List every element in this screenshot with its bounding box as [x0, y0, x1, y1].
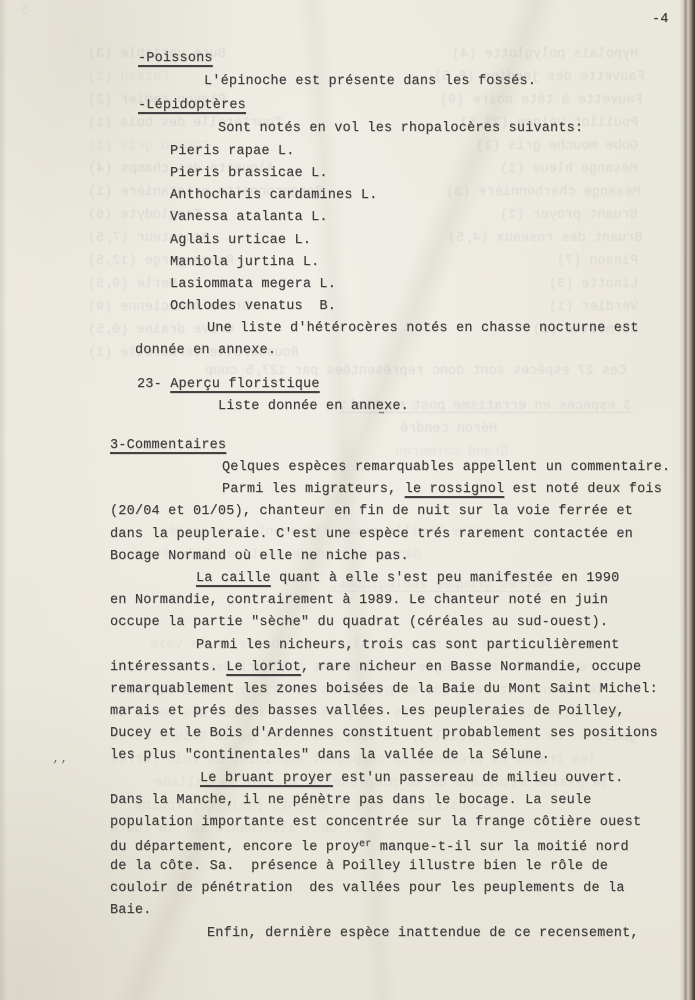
- text-segment: Une liste d'hétérocères notés en chasse …: [207, 321, 639, 336]
- bleedthrough-line: Hypolaïs polyglotte (4): [452, 46, 638, 63]
- text-segment: est noté deux fois: [504, 482, 662, 497]
- margin-mark: ˜: [377, 410, 386, 427]
- document-line: L'épinoche est présente dans les fossés.: [204, 73, 536, 90]
- bleedthrough-line: Verdier (1): [549, 299, 638, 316]
- document-line: Pieris rapae L.: [170, 143, 295, 160]
- text-segment: marais et prés des basses vallées. Les p…: [110, 704, 625, 719]
- document-line: Dans la Manche, il ne pénètre pas dans l…: [110, 792, 591, 809]
- page-left-edge-shadow: [0, 0, 7, 1000]
- document-line: dans la peupleraie. C'est une espèce tré…: [110, 526, 633, 543]
- document-line: Parmi les migrateurs, le rossignol est n…: [222, 481, 662, 498]
- document-line: remarquablement les zones boisées de la …: [110, 681, 658, 698]
- text-segment: (20/04 et 01/05), chanteur en fin de nui…: [110, 504, 633, 519]
- text-segment: Aperçu floristique: [170, 377, 319, 392]
- document-line: Une liste d'hétérocères notés en chasse …: [207, 320, 639, 337]
- document-line: Pieris brassicae L.: [170, 165, 328, 182]
- document-line: Baie.: [110, 902, 152, 919]
- document-line: Parmi les nicheurs, trois cas sont parti…: [196, 637, 619, 654]
- text-segment: population importante est concentrée sur…: [110, 815, 641, 830]
- document-line: de la côte. Sa. présence à Poilley illus…: [110, 858, 608, 875]
- page-right-edge-shadow: [679, 0, 695, 1000]
- text-segment: Ducey et le Bois d'Ardennes constituent …: [110, 726, 658, 741]
- document-line: Enfin, dernière espèce inattendue de ce …: [207, 925, 639, 942]
- document-line: Qelques espèces remarquables appellent u…: [222, 459, 670, 476]
- document-line: marais et prés des basses vallées. Les p…: [110, 703, 625, 720]
- text-segment: couloir de pénétration des vallées pour …: [110, 881, 625, 896]
- text-segment: quant à elle s'est peu manifestée en 199…: [271, 571, 620, 586]
- scanned-page: -5-Buse variable (3)Faisan (2)Pigeon ram…: [0, 0, 695, 1000]
- text-segment: Parmi les migrateurs,: [222, 482, 405, 497]
- text-segment: -Lépidoptères: [138, 98, 246, 113]
- document-line: les plus "continentales" dans la vallée …: [110, 747, 550, 764]
- bleedthrough-line: Héron cendré: [400, 421, 497, 438]
- document-line: occupe la partie "sèche" du quadrat (cér…: [110, 614, 608, 631]
- document-line: (20/04 et 01/05), chanteur en fin de nui…: [110, 503, 633, 520]
- text-segment: le rossignol: [405, 482, 505, 497]
- bleedthrough-line: Mésange bleue (1): [500, 161, 638, 178]
- bleedthrough-line: Bruant proyer (2): [500, 207, 638, 224]
- document-line: Lasiommata megera L.: [170, 276, 336, 293]
- document-line: 23- Aperçu floristique: [137, 376, 320, 393]
- text-segment: Dans la Manche, il ne pénètre pas dans l…: [110, 793, 591, 808]
- text-segment: occupe la partie "sèche" du quadrat (cér…: [110, 615, 608, 630]
- text-segment: en Normandie, contrairement à 1989. Le c…: [110, 593, 608, 608]
- document-line: Anthocharis cardamines L.: [170, 187, 378, 204]
- text-segment: -Poissons: [138, 51, 213, 66]
- document-line: Vanessa atalanta L.: [170, 209, 328, 226]
- document-line: population importante est concentrée sur…: [110, 814, 641, 831]
- bleedthrough-line: Pinson (7): [557, 253, 638, 270]
- bleedthrough-line: Linotte (3): [549, 276, 638, 293]
- text-segment: Parmi les nicheurs, trois cas sont parti…: [196, 638, 619, 653]
- text-segment: Pieris rapae L.: [170, 144, 295, 159]
- document-line: Ochlodes venatus B.: [170, 298, 336, 315]
- text-segment: er: [359, 839, 371, 850]
- text-segment: intéressants.: [110, 660, 226, 675]
- text-segment: La caille: [196, 571, 271, 586]
- bleedthrough-line: Fauvette à tête noire (9): [440, 92, 643, 109]
- document-line: Le bruant proyer est'un passereau de mil…: [200, 770, 623, 787]
- text-segment: dans la peupleraie. C'est une espèce tré…: [110, 527, 633, 542]
- text-segment: de la côte. Sa. présence à Poilley illus…: [110, 859, 608, 874]
- document-line: La caille quant à elle s'est peu manifes…: [196, 570, 619, 587]
- document-line: Maniola jurtina L.: [170, 254, 319, 271]
- document-line: Sont notés en vol les rhopalocères suiva…: [218, 120, 583, 137]
- bleedthrough-line: Gobe mouche gris (1): [476, 138, 638, 155]
- text-segment: donnée en annexe.: [135, 343, 276, 358]
- text-segment: Maniola jurtina L.: [170, 255, 319, 270]
- text-segment: Pieris brassicae L.: [170, 166, 328, 181]
- bleedthrough-line: Mésange charbonnière (3): [446, 184, 640, 201]
- document-line: 3-Commentaires: [110, 437, 226, 454]
- text-segment: Vanessa atalanta L.: [170, 210, 328, 225]
- text-segment: L'épinoche est présente dans les fossés.: [204, 74, 536, 89]
- document-line: en Normandie, contrairement à 1989. Le c…: [110, 592, 608, 609]
- text-segment: manque-t-il sur la moitié nord: [371, 840, 628, 855]
- text-segment: Anthocharis cardamines L.: [170, 188, 378, 203]
- text-segment: Le loriot: [226, 660, 301, 675]
- text-segment: Baie.: [110, 903, 152, 918]
- page-number: -4: [652, 12, 669, 27]
- text-segment: Bocage Normand où elle ne niche pas.: [110, 549, 409, 564]
- text-segment: est'un passereau de milieu ouvert.: [333, 771, 624, 786]
- document-line: couloir de pénétration des vallées pour …: [110, 880, 625, 897]
- text-segment: Le bruant proyer: [200, 771, 333, 786]
- bleedthrough-line: Bruant des roseaux (4,5): [448, 230, 642, 247]
- text-segment: Aglais urticae L.: [170, 233, 311, 248]
- text-segment: Sont notés en vol les rhopalocères suiva…: [218, 121, 583, 136]
- bleedthrough-line: Merle (9,5): [88, 276, 177, 293]
- bleedthrough-line: -5-: [12, 3, 36, 20]
- bleedthrough-line: Faisan (2): [88, 69, 169, 86]
- text-segment: , rare nicheur en Basse Normandie, occup…: [301, 660, 641, 675]
- text-segment: remarquablement les zones boisées de la …: [110, 682, 658, 697]
- document-line: Aglais urticae L.: [170, 232, 311, 249]
- text-segment: Lasiommata megera L.: [170, 277, 336, 292]
- margin-mark: ’’: [52, 760, 68, 772]
- document-line: intéressants. Le loriot, rare nicheur en…: [110, 659, 641, 676]
- text-segment: 23-: [137, 377, 170, 392]
- document-line: -Lépidoptères: [138, 97, 246, 114]
- document-line: donnée en annexe.: [135, 342, 276, 359]
- document-line: du département, encore le proyer manque-…: [110, 836, 629, 856]
- text-segment: Enfin, dernière espèce inattendue de ce …: [207, 926, 639, 941]
- document-line: Ducey et le Bois d'Ardennes constituent …: [110, 725, 658, 742]
- text-segment: du département, encore le proy: [110, 840, 359, 855]
- text-segment: les plus "continentales" dans la vallée …: [110, 748, 550, 763]
- document-line: Bocage Normand où elle ne niche pas.: [110, 548, 409, 565]
- text-segment: Qelques espèces remarquables appellent u…: [222, 460, 670, 475]
- text-segment: Ochlodes venatus B.: [170, 299, 336, 314]
- text-segment: 3-Commentaires: [110, 438, 226, 453]
- document-line: -Poissons: [138, 50, 213, 67]
